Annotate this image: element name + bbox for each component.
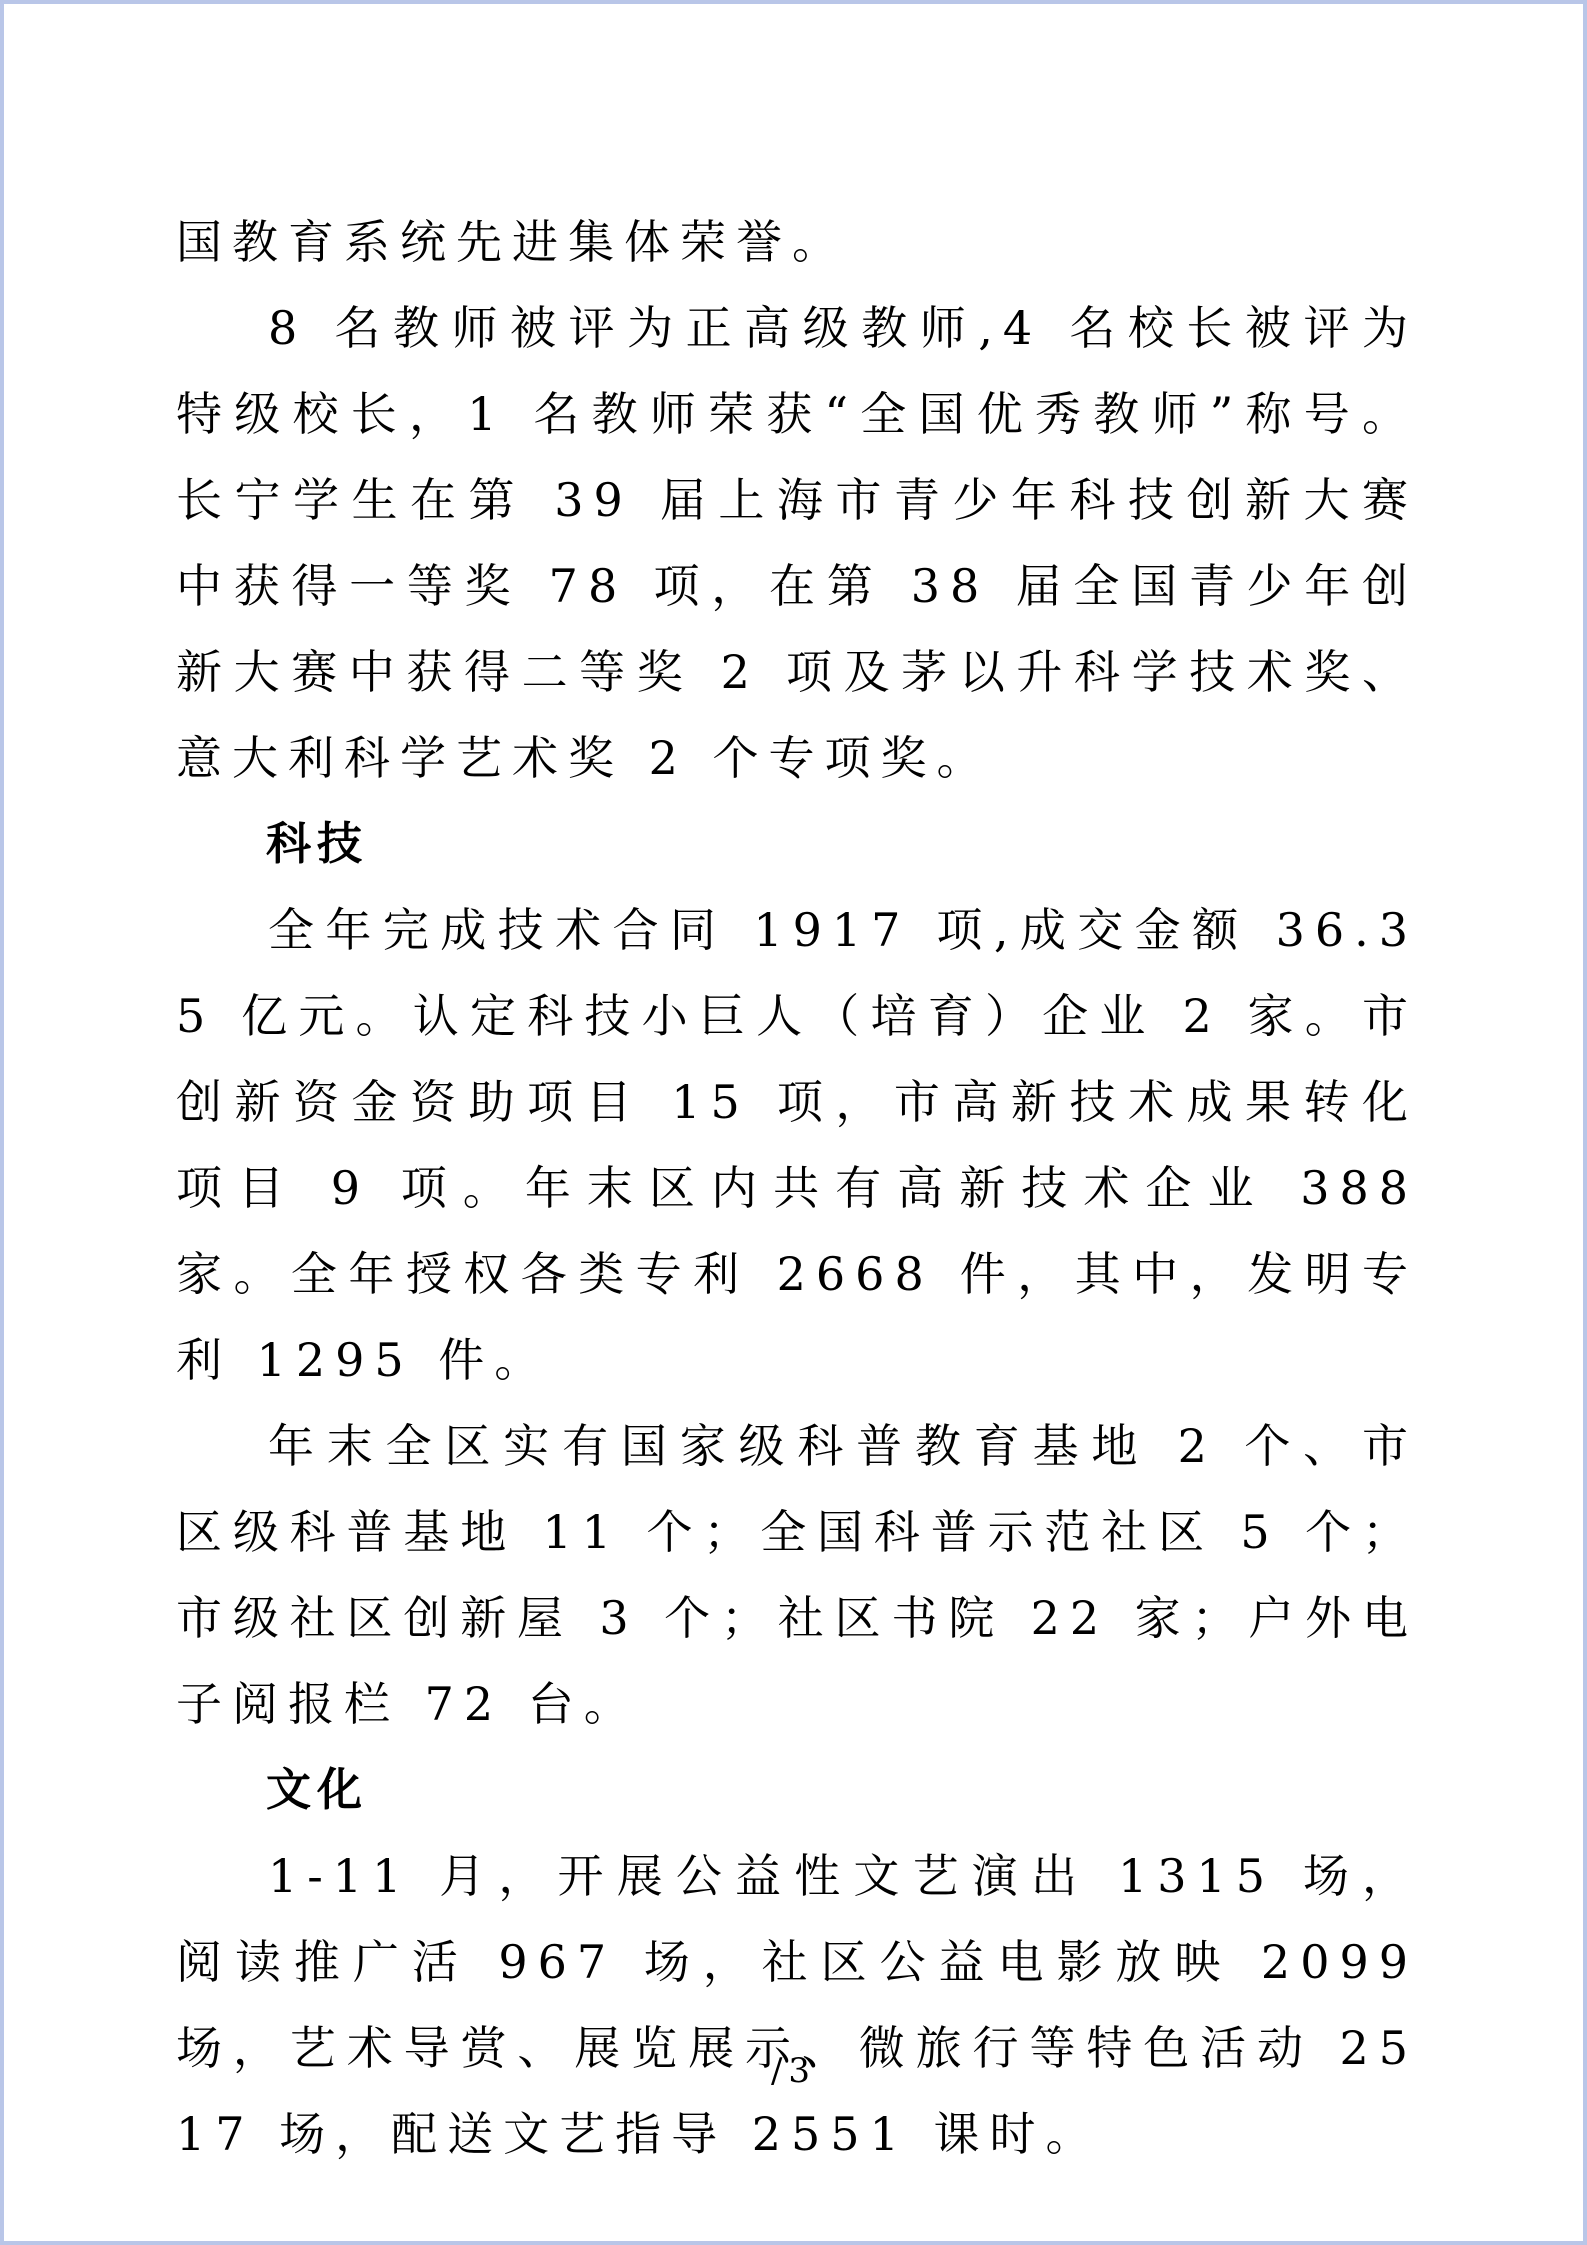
paragraph-honor-continuation: 国教育系统先进集体荣誉。 xyxy=(176,199,1418,285)
page-number: /3 xyxy=(4,2051,1583,2091)
paragraph-science-stats: 全年完成技术合同 1917 项,成交金额 36.35 亿元。认定科技小巨人（培育… xyxy=(176,887,1418,1403)
paragraph-education-awards: 8 名教师被评为正高级教师,4 名校长被评为特级校长，1 名教师荣获“全国优秀教… xyxy=(176,285,1418,801)
paragraph-culture-stats: 1-11 月，开展公益性文艺演出 1315 场，阅读推广活 967 场，社区公益… xyxy=(176,1833,1418,2177)
section-heading-culture: 文化 xyxy=(176,1747,1418,1833)
section-heading-science: 科技 xyxy=(176,801,1418,887)
document-page: 国教育系统先进集体荣誉。 8 名教师被评为正高级教师,4 名校长被评为特级校长，… xyxy=(0,0,1587,2245)
paragraph-science-popularization-stats: 年末全区实有国家级科普教育基地 2 个、市区级科普基地 11 个；全国科普示范社… xyxy=(176,1403,1418,1747)
document-content: 国教育系统先进集体荣誉。 8 名教师被评为正高级教师,4 名校长被评为特级校长，… xyxy=(4,4,1583,2177)
